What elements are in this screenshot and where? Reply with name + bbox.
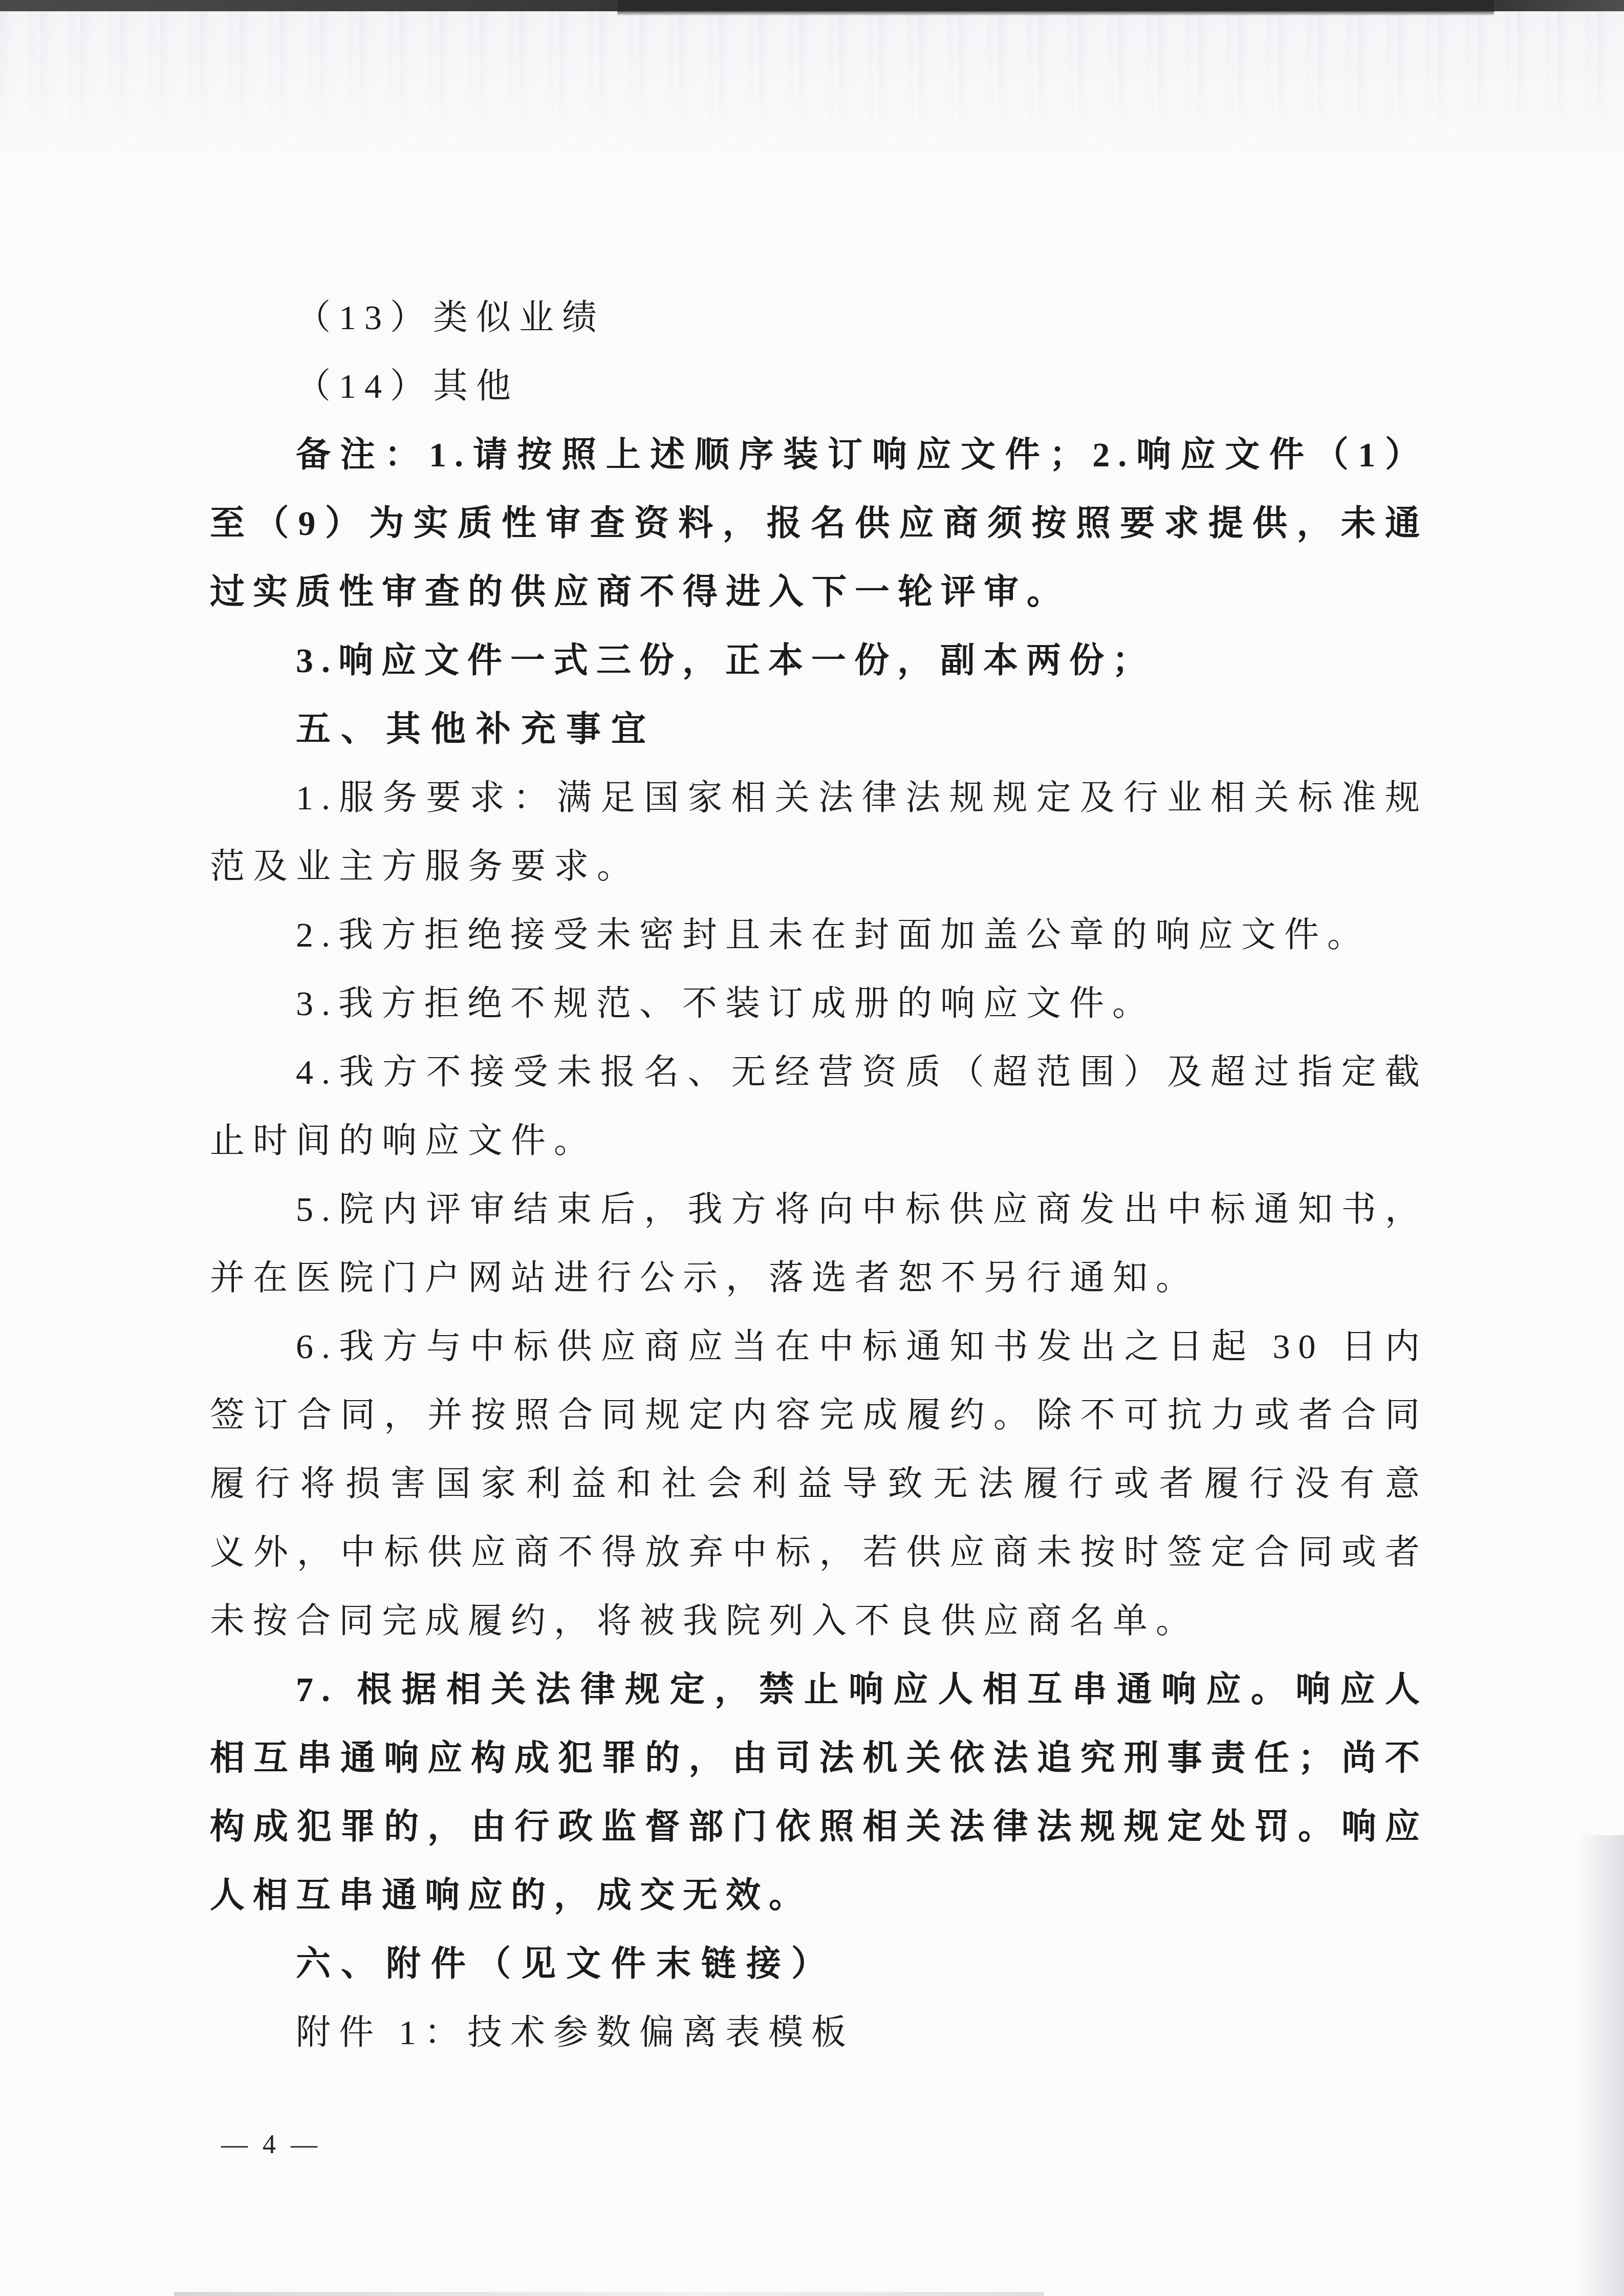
- clause-6-line-1: 6.我方与中标供应商应当在中标通知书发出之日起 30 日内: [210, 1312, 1428, 1381]
- attachment-1-label: 附件 1：技术参数偏离表模板: [210, 1998, 1428, 2067]
- scanned-document-page: （13）类似业绩 （14）其他 备注：1.请按照上述顺序装订响应文件；2.响应文…: [0, 0, 1624, 2296]
- remark-line-2: 至（9）为实质性审查资料，报名供应商须按照要求提供，未通: [210, 489, 1428, 557]
- section-heading-5: 五、其他补充事宜: [210, 695, 1428, 763]
- clause-2: 2.我方拒绝接受未密封且未在封面加盖公章的响应文件。: [210, 900, 1428, 969]
- scan-edge-artifact-bottom: [174, 2292, 1044, 2296]
- clause-6-line-3: 履行将损害国家利益和社会利益导致无法履行或者履行没有意: [210, 1449, 1428, 1518]
- clause-7-line-4: 人相互串通响应的，成交无效。: [210, 1861, 1428, 1929]
- remark-line-4: 3.响应文件一式三份，正本一份，副本两份；: [210, 626, 1428, 695]
- clause-3: 3.我方拒绝不规范、不装订成册的响应文件。: [210, 969, 1428, 1038]
- scan-edge-artifact-right: [1578, 1835, 1624, 2296]
- clause-6-line-5: 未按合同完成履约，将被我院列入不良供应商名单。: [210, 1586, 1428, 1655]
- scan-streaks-artifact: [0, 11, 1624, 165]
- page-number: — 4 —: [221, 2130, 321, 2160]
- list-item-13: （13）类似业绩: [210, 283, 1428, 352]
- list-item-14: （14）其他: [210, 352, 1428, 420]
- clause-7-line-2: 相互串通响应构成犯罪的，由司法机关依法追究刑事责任；尚不: [210, 1724, 1428, 1792]
- clause-1-line-2: 范及业主方服务要求。: [210, 832, 1428, 900]
- remark-line-1: 备注：1.请按照上述顺序装订响应文件；2.响应文件（1）: [210, 420, 1428, 489]
- clause-1-line-1: 1.服务要求：满足国家相关法律法规规定及行业相关标准规: [210, 763, 1428, 832]
- clause-7-line-3: 构成犯罪的，由行政监督部门依照相关法律法规规定处罚。响应: [210, 1792, 1428, 1861]
- clause-5-line-1: 5.院内评审结束后，我方将向中标供应商发出中标通知书，: [210, 1175, 1428, 1243]
- clause-6-line-4: 义外，中标供应商不得放弃中标，若供应商未按时签定合同或者: [210, 1518, 1428, 1586]
- document-body: （13）类似业绩 （14）其他 备注：1.请按照上述顺序装订响应文件；2.响应文…: [210, 283, 1428, 2067]
- clause-4-line-2: 止时间的响应文件。: [210, 1106, 1428, 1175]
- clause-5-line-2: 并在医院门户网站进行公示，落选者恕不另行通知。: [210, 1243, 1428, 1312]
- clause-7-line-1: 7. 根据相关法律规定，禁止响应人相互串通响应。响应人: [210, 1655, 1428, 1724]
- section-heading-6: 六、附件（见文件末链接）: [210, 1929, 1428, 1998]
- clause-6-line-2: 签订合同，并按照合同规定内容完成履约。除不可抗力或者合同: [210, 1381, 1428, 1449]
- remark-line-3: 过实质性审查的供应商不得进入下一轮评审。: [210, 557, 1428, 626]
- clause-4-line-1: 4.我方不接受未报名、无经营资质（超范围）及超过指定截: [210, 1038, 1428, 1106]
